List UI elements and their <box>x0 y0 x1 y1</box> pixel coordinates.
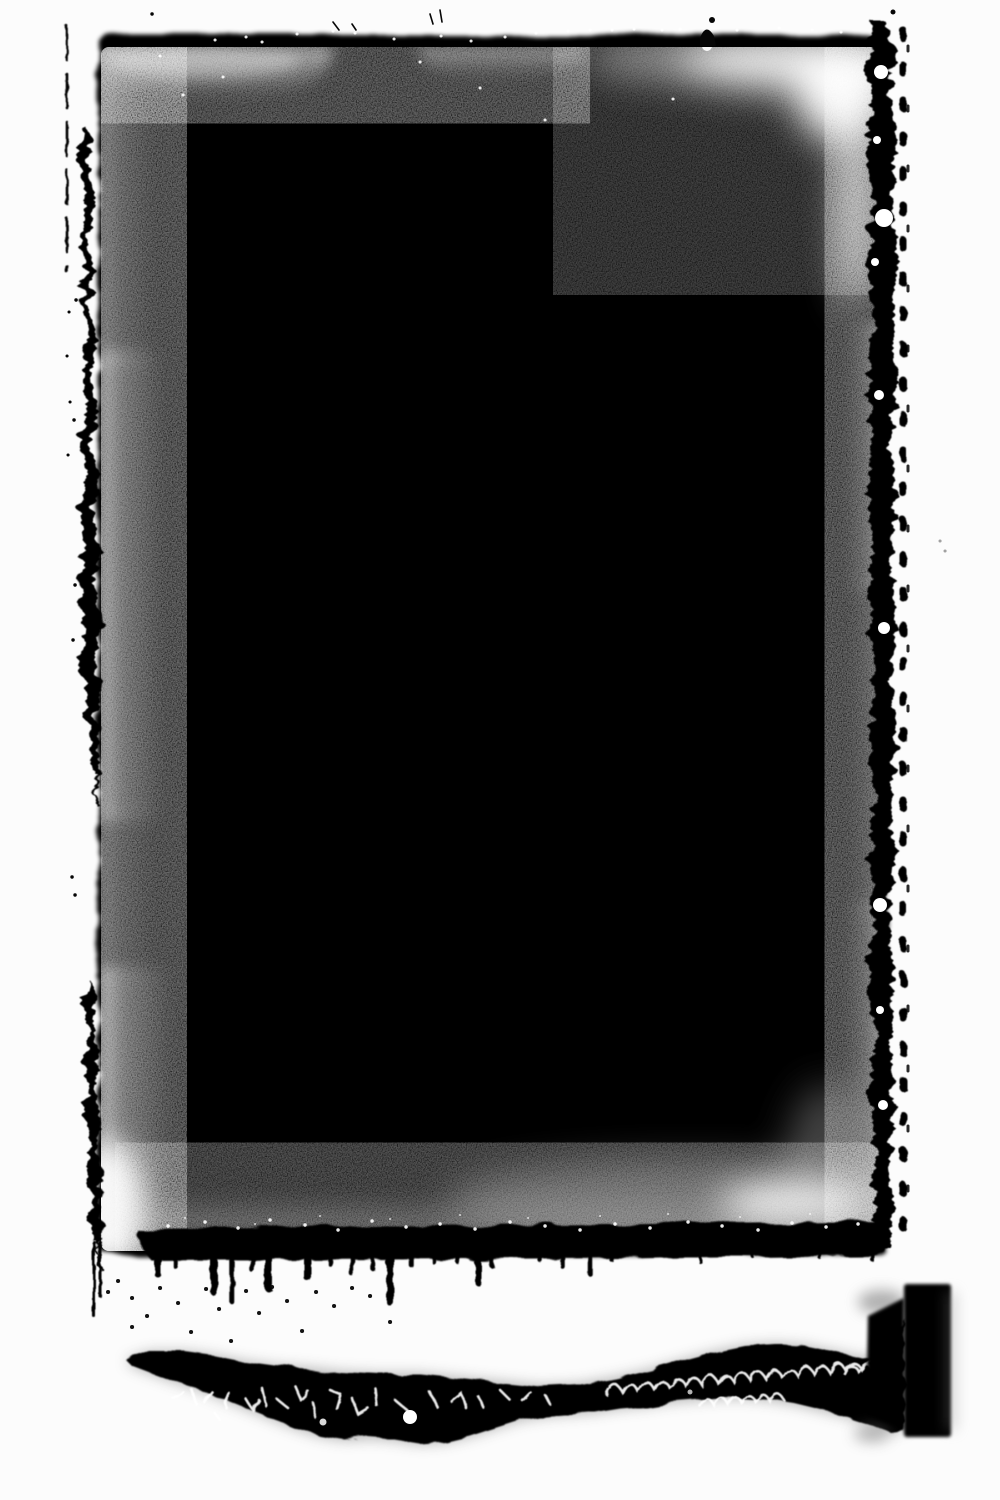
film-negative-art <box>0 0 1000 1500</box>
corner-speck <box>891 10 896 15</box>
pod-neck <box>866 1298 904 1430</box>
instant-film-negative-scan: Peel-apart instant film negative — blank… <box>0 0 1000 1500</box>
band-bubble-faint <box>688 1390 693 1395</box>
pod-tab-shade <box>948 1292 955 1430</box>
top-edge-speck <box>709 17 715 23</box>
pod-neck-fuzz-bottom <box>854 1426 890 1442</box>
band-bubble-small <box>320 1419 327 1426</box>
band-bubble-large <box>403 1410 417 1424</box>
pod-tab-block <box>904 1284 951 1437</box>
